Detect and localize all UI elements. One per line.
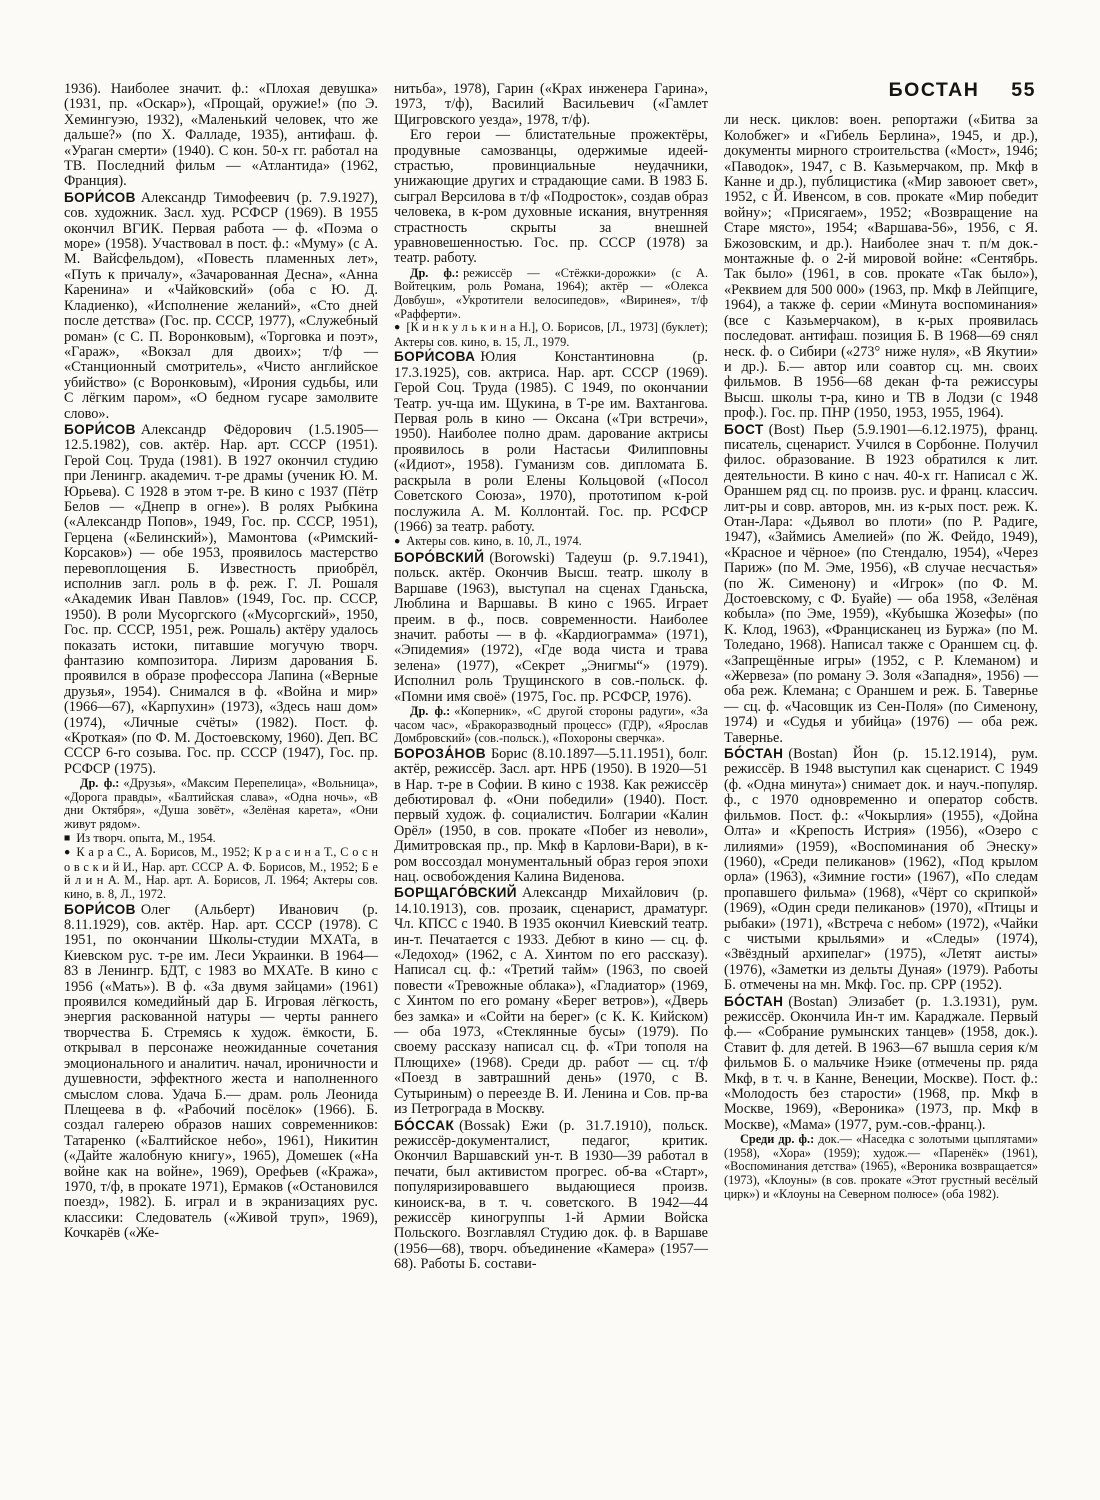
page-number: 55 (1011, 83, 1036, 98)
entry-headword: БО́ССАК (394, 1118, 454, 1133)
filmography-paragraph: Др. ф.:«Коперник», «С другой стороны рад… (394, 705, 708, 746)
entry-body: Александр Тимофеевич (р. 7.9.1927), сов.… (64, 190, 378, 422)
column-left: 1936). Наиболее значит. ф.: «Плохая деву… (64, 82, 378, 1500)
entry-paragraph: Его герои — блистательные прожектёры, пр… (394, 128, 708, 267)
filmography-paragraph: Др. ф.:«Друзья», «Максим Перепелица», «В… (64, 777, 378, 831)
dictionary-page: 1936). Наиболее значит. ф.: «Плохая деву… (0, 0, 1100, 1500)
entry-body: (Bost) Пьер (5.9.1901—6.12.1975), франц.… (724, 422, 1038, 746)
entry-borisov-alexander-fedorovich: БОРИ́СОВАлександр Фёдорович (1.5.1905—12… (64, 422, 378, 777)
bibliography-literature: ●К а р а С., А. Борисов, М., 1952; К р а… (64, 846, 378, 901)
entry-borisova-yulia: БОРИ́СОВАЮлия Константиновна (р. 17.3.19… (394, 349, 708, 535)
entry-bossak-jerzy: БО́ССАК(Bossak) Ежи (р. 31.7.1910), поль… (394, 1118, 708, 1273)
bibliography-works: ■Из творч. опыта, М., 1954. (64, 832, 378, 847)
filmography-label: Др. ф.: (80, 776, 119, 790)
entry-continuation-bossak: ли неск. циклов: воен. репортажи («Битва… (724, 113, 1038, 421)
entry-borowski-tadeusz: БОРО́ВСКИЙ(Borowski) Тадеуш (р. 9.7.1941… (394, 550, 708, 705)
entry-body: (Bostan) Элизабет (р. 1.3.1931), рум. ре… (724, 994, 1038, 1133)
entry-headword: БОРИ́СОВА (394, 349, 475, 364)
running-head-word: БОСТАН (889, 83, 980, 98)
entry-body: (Borowski) Тадеуш (р. 9.7.1941), польск.… (394, 550, 708, 705)
entry-borisov-oleg: БОРИ́СОВОлег (Альберт) Иванович (р. 8.11… (64, 902, 378, 1242)
bibliography-literature: ●Актеры сов. кино, в. 10, Л., 1974. (394, 535, 708, 550)
entry-body: (Bostan) Йон (р. 15.12.1914), рум. режис… (724, 746, 1038, 993)
filmography-label: Др. ф.: (410, 704, 450, 718)
circle-marker-icon: ● (394, 535, 400, 549)
entry-headword: БО́СТАН (724, 994, 783, 1009)
entry-continuation-borisov-oleg: нитьба», 1978), Гарин («Крах инженера Га… (394, 82, 708, 128)
circle-marker-icon: ● (394, 321, 400, 335)
entry-borshchagovsky-alexander: БОРЩАГО́ВСКИЙАлександр Михайлович (р. 14… (394, 885, 708, 1117)
square-marker-icon: ■ (64, 832, 70, 846)
bibliography-text: [К и н к у л ь к и н а Н.], О. Борисов, … (394, 320, 708, 349)
entry-bostan-elisabeta: БО́СТАН(Bostan) Элизабет (р. 1.3.1931), … (724, 994, 1038, 1134)
column-middle: нитьба», 1978), Гарин («Крах инженера Га… (394, 82, 708, 1500)
filmography-label: Среди др. ф.: (740, 1132, 814, 1146)
entry-bostan-ion: БО́СТАН(Bostan) Йон (р. 15.12.1914), рум… (724, 746, 1038, 994)
running-head: БОСТАН 55 (724, 83, 1036, 98)
entry-headword: БОСТ (724, 422, 764, 437)
entry-body: Олег (Альберт) Иванович (р. 8.11.1929), … (64, 902, 378, 1242)
bibliography-text: К а р а С., А. Борисов, М., 1952; К р а … (64, 845, 378, 901)
entry-headword: БОРИ́СОВ (64, 902, 136, 917)
filmography-paragraph: Др. ф.:режиссёр — «Стёжки-дорожки» (с А.… (394, 267, 708, 321)
bibliography-text: Из творч. опыта, М., 1954. (76, 831, 215, 845)
bibliography-text: Актеры сов. кино, в. 10, Л., 1974. (406, 534, 581, 548)
filmography-label: Др. ф.: (410, 266, 459, 280)
entry-body: Борис (8.10.1897—5.11.1951), болг. актёр… (394, 746, 708, 885)
entry-bost-pierre: БОСТ(Bost) Пьер (5.9.1901—6.12.1975), фр… (724, 422, 1038, 747)
entry-headword: БОРИ́СОВ (64, 422, 136, 437)
entry-headword: БО́СТАН (724, 746, 783, 761)
entry-headword: БОРИ́СОВ (64, 190, 136, 205)
entry-body: Юлия Константиновна (р. 17.3.1925), сов.… (394, 349, 708, 534)
entry-body: (Bossak) Ежи (р. 31.7.1910), польск. реж… (394, 1118, 708, 1273)
entry-borozanov-boris: БОРОЗА́НОВБорис (8.10.1897—5.11.1951), б… (394, 746, 708, 886)
entry-headword: БОРЩАГО́ВСКИЙ (394, 885, 517, 900)
bibliography-literature: ●[К и н к у л ь к и н а Н.], О. Борисов,… (394, 321, 708, 349)
entry-body: Александр Фёдорович (1.5.1905—12.5.1982)… (64, 422, 378, 777)
filmography-paragraph: Среди др. ф.:док.— «Наседка с золотыми ц… (724, 1133, 1038, 1201)
entry-continuation-borzage: 1936). Наиболее значит. ф.: «Плохая деву… (64, 82, 378, 190)
entry-headword: БОРО́ВСКИЙ (394, 550, 484, 565)
circle-marker-icon: ● (64, 846, 70, 860)
entry-body: Александр Михайлович (р. 14.10.1913), со… (394, 885, 708, 1117)
column-right: БОСТАН 55 ли неск. циклов: воен. репорта… (724, 82, 1038, 1500)
entry-headword: БОРОЗА́НОВ (394, 746, 486, 761)
entry-borisov-alexander-timofeevich: БОРИ́СОВАлександр Тимофеевич (р. 7.9.192… (64, 190, 378, 422)
